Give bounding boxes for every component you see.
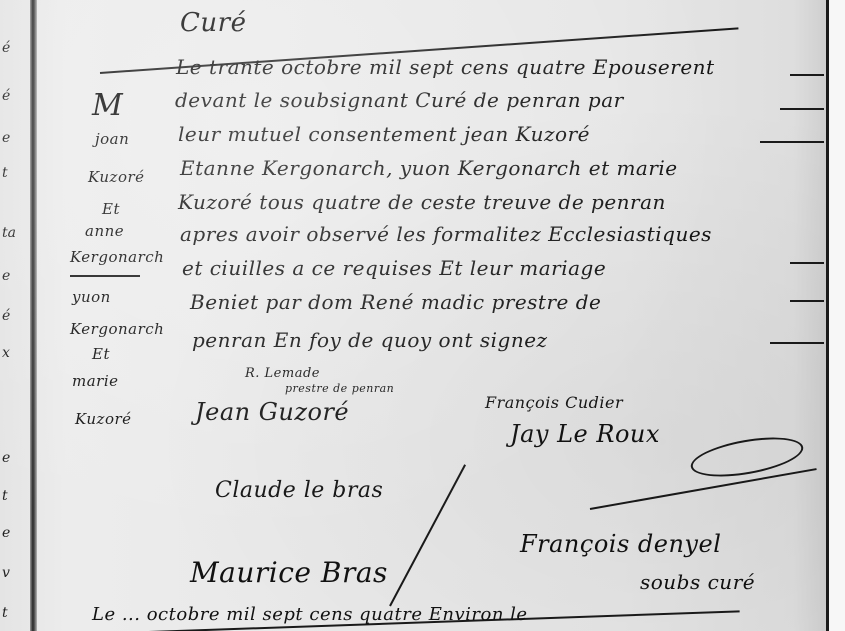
register-page: é é e t ta e é x e t e v t Curé M joan K…: [0, 0, 826, 631]
body-line-9: penran En foy de quoy ont signez: [192, 328, 548, 352]
prev-fragment: t: [2, 605, 8, 621]
signature-groom: Jean Guzoré: [195, 398, 349, 426]
body-line-3: leur mutuel consentement jean Kuzoré: [178, 122, 590, 146]
prev-fragment: t: [2, 488, 8, 504]
prev-fragment: é: [2, 308, 10, 324]
entry-heading: Curé: [180, 8, 246, 38]
margin-name-line: marie: [72, 372, 119, 390]
signature-witness: Jay Le Roux: [510, 420, 660, 448]
page-margin-rule: [30, 0, 37, 631]
margin-name-line: Kergonarch: [70, 320, 164, 338]
margin-name-line: joan: [95, 130, 129, 148]
margin-name-line: Kuzoré: [88, 168, 145, 186]
signature-witness: Claude le bras: [215, 478, 383, 503]
signature-curate-title: soubs curé: [640, 570, 755, 594]
margin-name-line: Et: [92, 345, 110, 363]
signature-curate: François denyel: [520, 530, 721, 558]
margin-name-line: Et: [102, 200, 120, 218]
prev-fragment: v: [2, 565, 10, 581]
previous-page-column: é é e t ta e é x e t e v t: [0, 0, 28, 631]
prev-fragment: e: [2, 130, 10, 146]
signature-stroke: [389, 464, 466, 606]
signature-flourish: [688, 430, 806, 483]
line-filler: [780, 108, 824, 110]
margin-initial: M: [92, 88, 123, 123]
body-line-4: Etanne Kergonarch, yuon Kergonarch et ma…: [180, 156, 678, 180]
body-line-5: Kuzoré tous quatre de ceste treuve de pe…: [178, 190, 666, 214]
prev-fragment: t: [2, 165, 8, 181]
margin-name-line: Kuzoré: [75, 410, 132, 428]
signature-witness: Maurice Bras: [190, 556, 388, 589]
margin-name-line: anne: [85, 222, 124, 240]
line-filler: [790, 300, 824, 302]
scan-border: [829, 0, 845, 631]
prev-fragment: x: [2, 345, 10, 361]
prev-fragment: é: [2, 40, 10, 56]
line-filler: [760, 141, 824, 143]
prev-fragment: e: [2, 450, 10, 466]
prev-fragment: e: [2, 268, 10, 284]
signature-witness: François Cudier: [485, 393, 623, 412]
next-entry-line: Le ... octobre mil sept cens quatre Envi…: [92, 604, 528, 625]
margin-underline: [70, 275, 140, 277]
margin-name-line: yuon: [72, 288, 111, 306]
body-line-7: et ciuilles a ce requises Et leur mariag…: [182, 256, 606, 280]
prev-fragment: e: [2, 525, 10, 541]
prev-fragment: ta: [2, 225, 16, 241]
signature-priest: R. Lemade: [245, 366, 320, 381]
line-filler: [770, 342, 824, 344]
body-line-1: Le trante octobre mil sept cens quatre E…: [176, 55, 715, 79]
body-line-6: apres avoir observé les formalitez Eccle…: [180, 222, 712, 246]
body-line-8: Beniet par dom René madic prestre de: [190, 290, 601, 314]
line-filler: [790, 262, 824, 264]
margin-name-line: Kergonarch: [70, 248, 164, 266]
signature-priest-title: prestre de penran: [285, 382, 394, 395]
body-line-2: devant le soubsignant Curé de penran par: [175, 88, 624, 112]
prev-fragment: é: [2, 88, 10, 104]
line-filler: [790, 74, 824, 76]
